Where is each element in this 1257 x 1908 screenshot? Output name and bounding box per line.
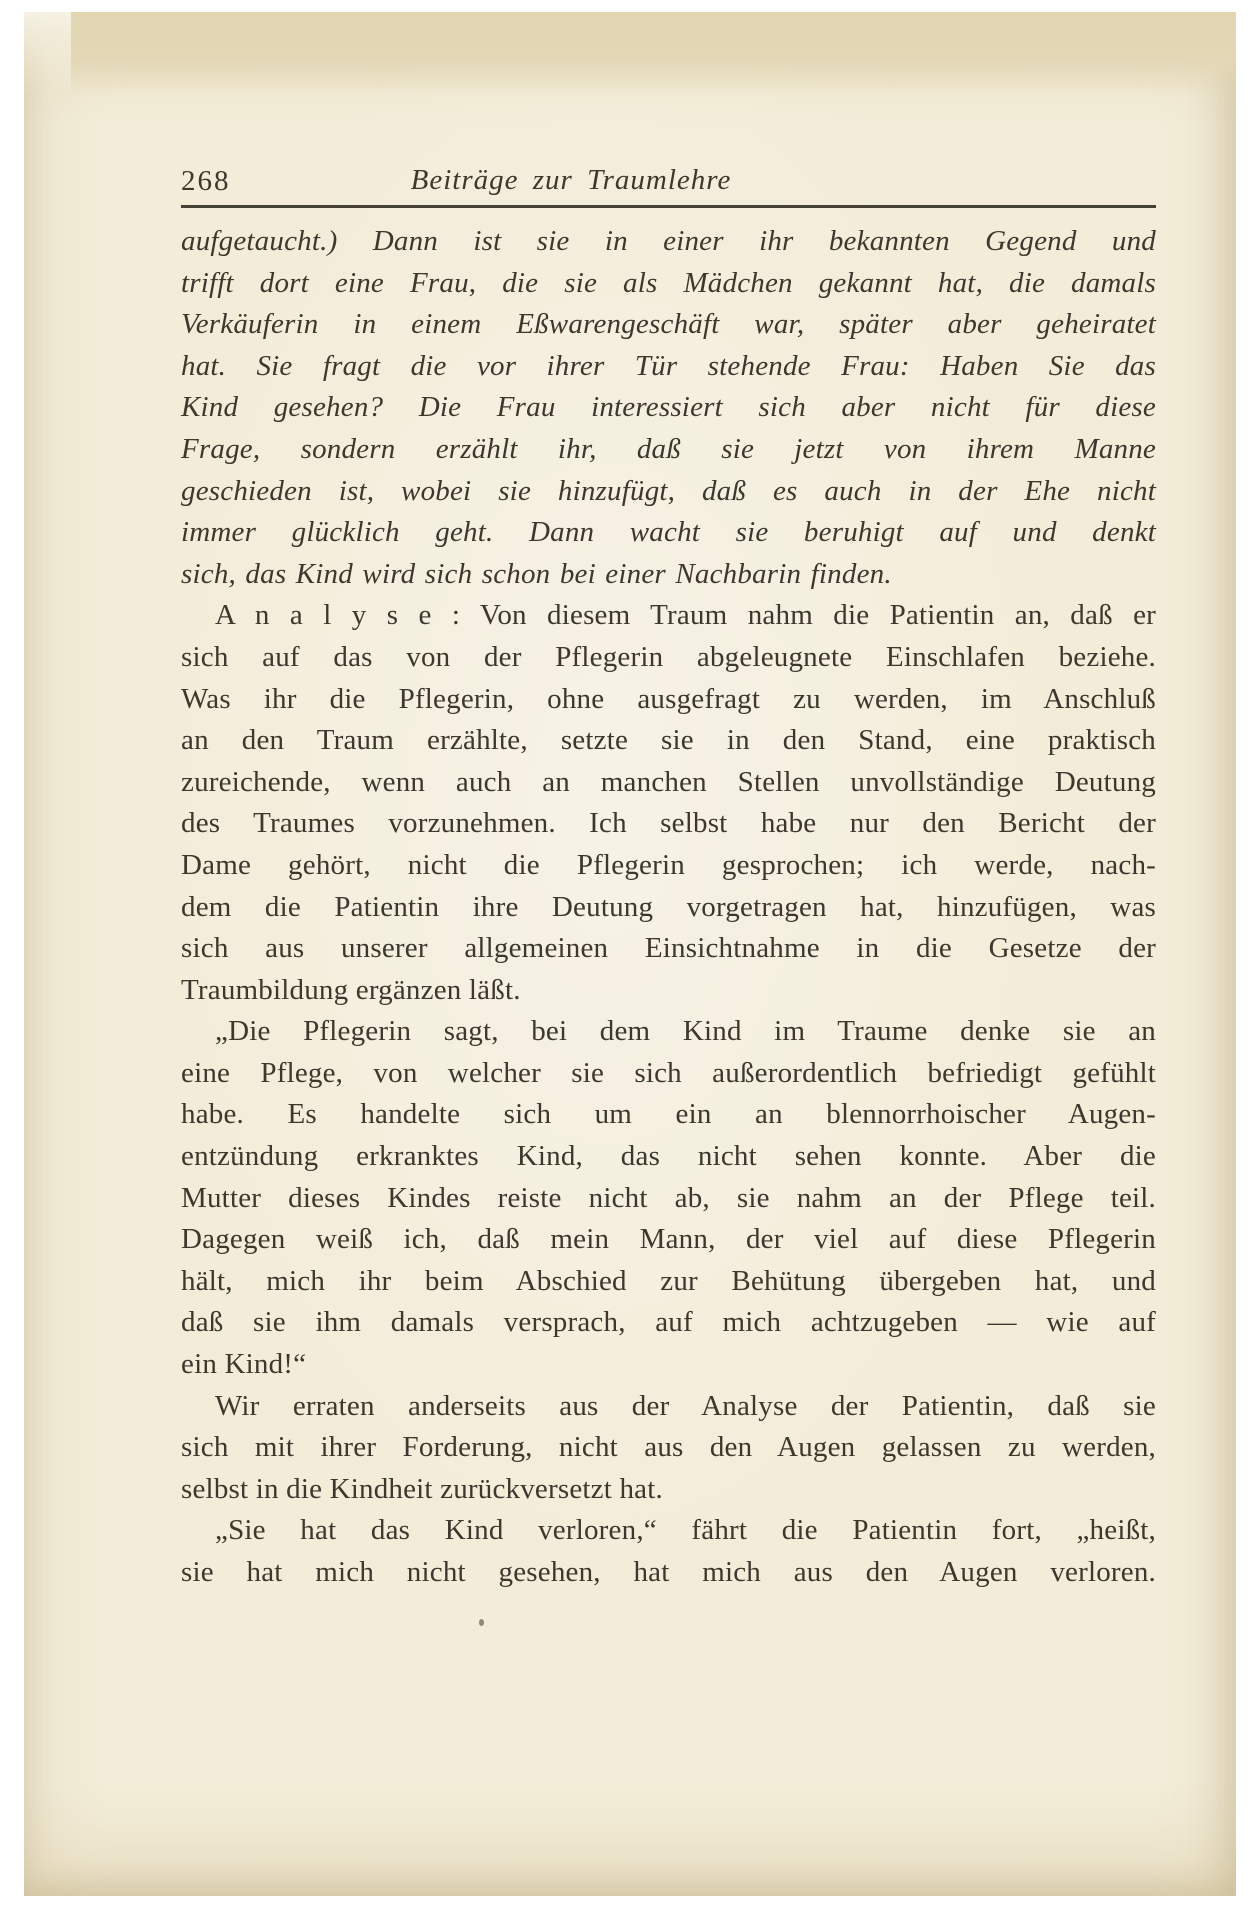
text-line: an den Traum erzählte, setzte sie in den… [181,720,1156,762]
text-line: des Traumes vorzunehmen. Ich selbst habe… [181,803,1156,845]
paragraph-analyse: A n a l y s e : Von diesem Traum nahm di… [181,595,1156,1011]
text-line: aufgetaucht.) Dann ist sie in einer ihr … [181,221,1156,263]
header-rule [181,205,1156,208]
running-title: Beiträge zur Traumlehre [181,165,961,195]
text-line: sie hat mich nicht gesehen, hat mich aus… [181,1552,1156,1594]
text-line: geschieden ist, wobei sie hinzufügt, daß… [181,471,1156,513]
scanned-book-page: 268 Beiträge zur Traumlehre aufgetaucht.… [0,0,1257,1908]
text-line: daß sie ihm damals versprach, auf mich a… [181,1302,1156,1344]
text-line: „Sie hat das Kind verloren,“ fährt die P… [181,1510,1156,1552]
text-line: sich aus unserer allgemeinen Einsichtnah… [181,928,1156,970]
text-line: sich, das Kind wird sich schon bei einer… [181,554,1156,596]
text-line: A n a l y s e : Von diesem Traum nahm di… [181,595,1156,637]
text-line: ein Kind!“ [181,1344,1156,1386]
text-line: hält, mich ihr beim Abschied zur Behütun… [181,1261,1156,1303]
text-line: sich auf das von der Pflegerin abgeleugn… [181,637,1156,679]
text-line: Dame gehört, nicht die Pflegerin gesproc… [181,845,1156,887]
text-line: immer glücklich geht. Dann wacht sie ber… [181,512,1156,554]
ink-speck [479,1619,484,1626]
text-line: Verkäuferin in einem Eßwarengeschäft war… [181,304,1156,346]
text-line: hat. Sie fragt die vor ihrer Tür stehend… [181,346,1156,388]
scan-top-edge-shadow [71,12,1236,96]
paragraph-kind-verloren: „Sie hat das Kind verloren,“ fährt die P… [181,1510,1156,1593]
paragraph-dream-report: aufgetaucht.) Dann ist sie in einer ihr … [181,221,1156,595]
text-line: Wir erraten anderseits aus der Analyse d… [181,1386,1156,1428]
text-line: Was ihr die Pflegerin, ohne ausgefragt z… [181,679,1156,721]
paragraph-pflegerin-quote: „Die Pflegerin sagt, bei dem Kind im Tra… [181,1011,1156,1385]
text-line: dem die Patientin ihre Deutung vorgetrag… [181,887,1156,929]
text-line: Frage, sondern erzählt ihr, daß sie jetz… [181,429,1156,471]
text-line: Dagegen weiß ich, daß mein Mann, der vie… [181,1219,1156,1261]
text-line: eine Pflege, von welcher sie sich außero… [181,1053,1156,1095]
text-line: Traumbildung ergänzen läßt. [181,970,1156,1012]
text-line: selbst in die Kindheit zurückversetzt ha… [181,1469,1156,1511]
text-line: Kind gesehen? Die Frau interessiert sich… [181,387,1156,429]
scan-corner-highlight [24,12,71,96]
text-line: trifft dort eine Frau, die sie als Mädch… [181,263,1156,305]
body-text: aufgetaucht.) Dann ist sie in einer ihr … [181,221,1156,1594]
text-line: „Die Pflegerin sagt, bei dem Kind im Tra… [181,1011,1156,1053]
text-line: entzündung erkranktes Kind, das nicht se… [181,1136,1156,1178]
text-line: Mutter dieses Kindes reiste nicht ab, si… [181,1178,1156,1220]
text-line: zureichende, wenn auch an manchen Stelle… [181,762,1156,804]
paragraph-wir-erraten: Wir erraten anderseits aus der Analyse d… [181,1386,1156,1511]
text-line: sich mit ihrer Forderung, nicht aus den … [181,1427,1156,1469]
text-line: habe. Es handelte sich um ein an blennor… [181,1094,1156,1136]
